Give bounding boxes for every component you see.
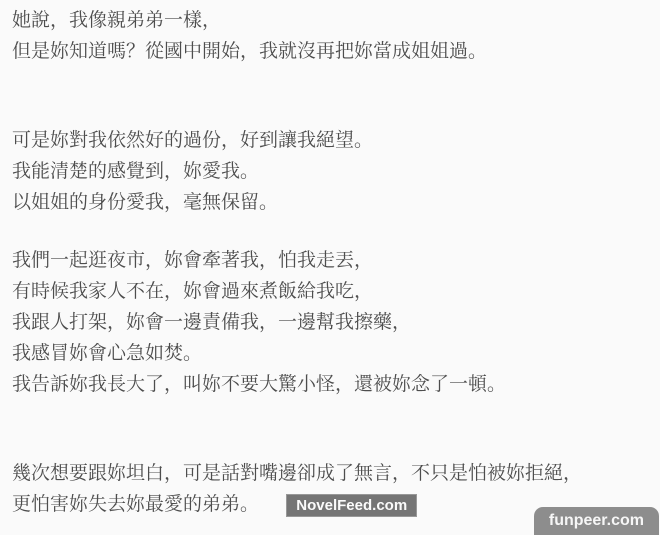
story-line: 我感冒妳會心急如焚。 xyxy=(12,338,660,369)
novelfeed-watermark: NovelFeed.com xyxy=(286,494,417,517)
story-line: 她說，我像親弟弟一樣， xyxy=(12,5,660,36)
story-line: 幾次想要跟妳坦白，可是話對嘴邊卻成了無言，不只是怕被妳拒絕， xyxy=(12,458,660,489)
story-line-text: 更怕害妳失去妳最愛的弟弟。 xyxy=(12,494,259,515)
story-line: 有時候我家人不在，妳會過來煮飯給我吃， xyxy=(12,276,660,307)
funpeer-watermark: funpeer.com xyxy=(534,507,659,535)
story-line: 我們一起逛夜市，妳會牽著我，怕我走丟， xyxy=(12,245,660,276)
story-line: 我跟人打架，妳會一邊責備我，一邊幫我擦藥， xyxy=(12,307,660,338)
paragraph-3: 我們一起逛夜市，妳會牽著我，怕我走丟， 有時候我家人不在，妳會過來煮飯給我吃， … xyxy=(12,245,660,400)
story-line: 以姐姐的身份愛我，毫無保留。 xyxy=(12,187,660,218)
story-page: 她說，我像親弟弟一樣， 但是妳知道嗎？從國中開始，我就沒再把妳當成姐姐過。 可是… xyxy=(0,0,660,535)
story-line: 但是妳知道嗎？從國中開始，我就沒再把妳當成姐姐過。 xyxy=(12,36,660,67)
story-line: 我能清楚的感覺到，妳愛我。 xyxy=(12,156,660,187)
story-line: 可是妳對我依然好的過份，好到讓我絕望。 xyxy=(12,125,660,156)
paragraph-1: 她說，我像親弟弟一樣， 但是妳知道嗎？從國中開始，我就沒再把妳當成姐姐過。 xyxy=(12,5,660,67)
paragraph-2: 可是妳對我依然好的過份，好到讓我絕望。 我能清楚的感覺到，妳愛我。 以姐姐的身份… xyxy=(12,125,660,218)
story-line: 我告訴妳我長大了，叫妳不要大驚小怪，還被妳念了一頓。 xyxy=(12,369,660,400)
